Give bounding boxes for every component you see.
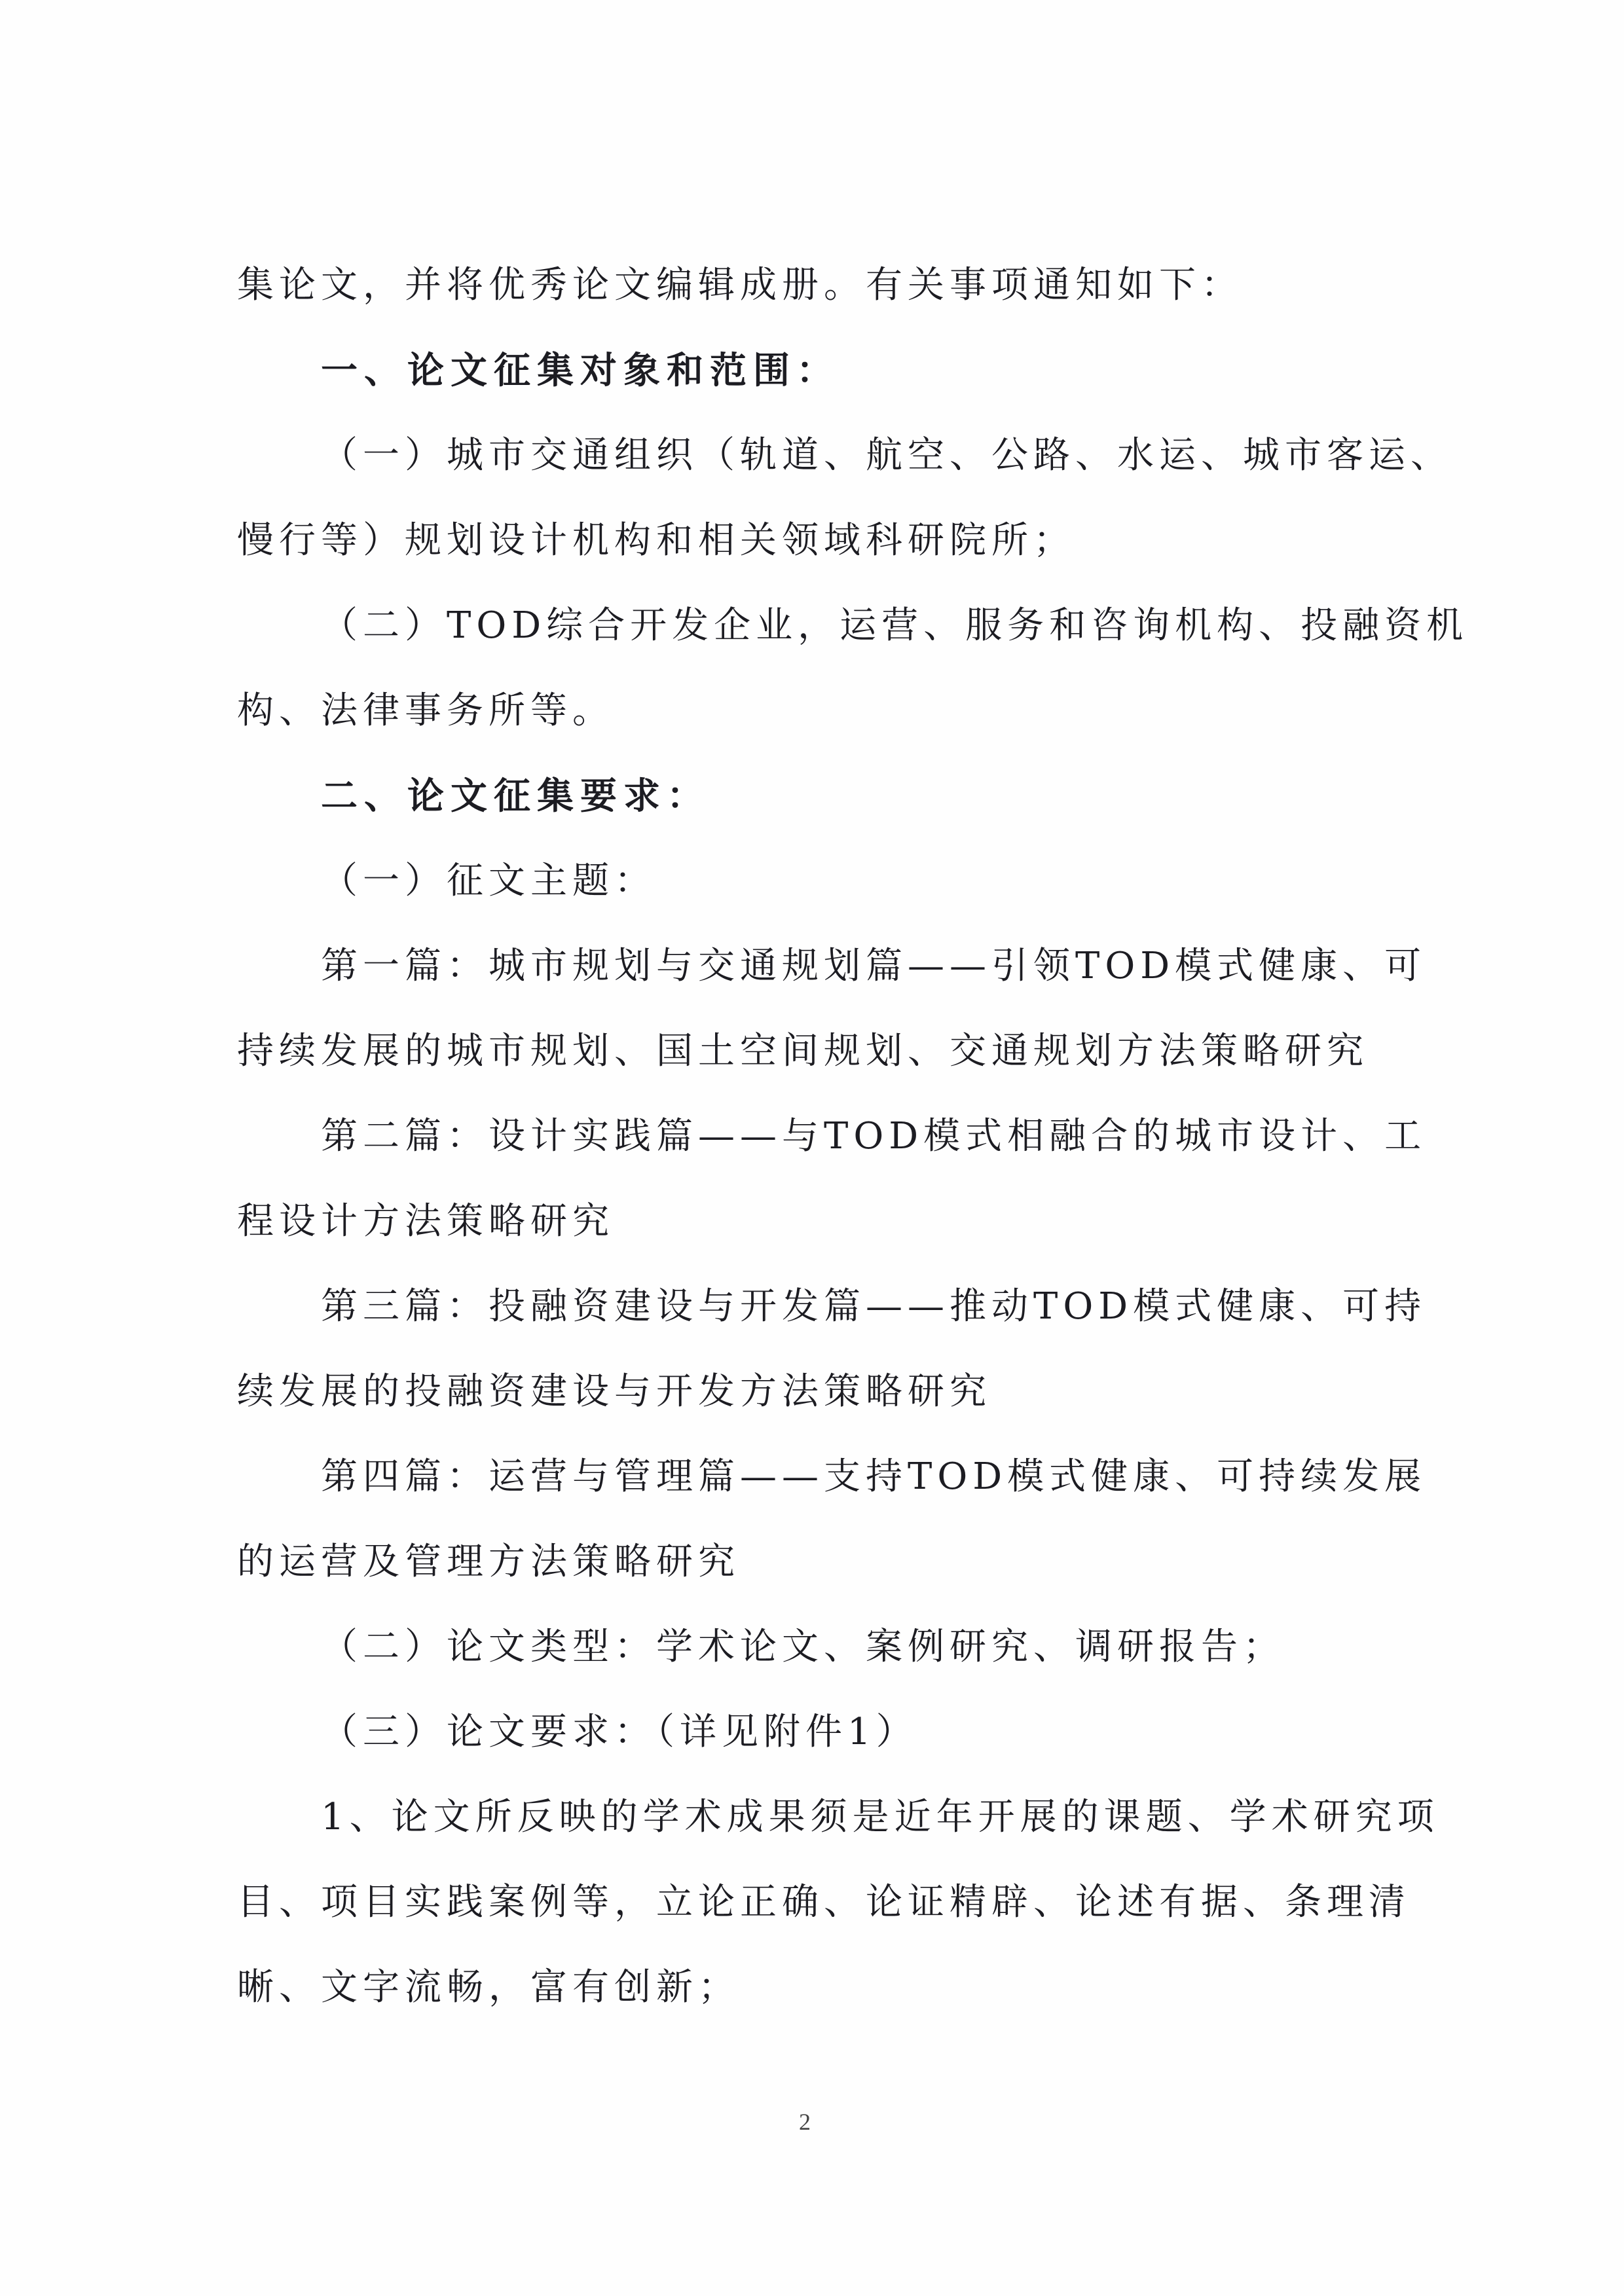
subsection-heading: （一）征文主题： — [321, 858, 1500, 905]
topic-line-1: 第一篇：城市规划与交通规划篇——引领TOD模式健康、可 — [321, 943, 1500, 990]
topic-line-1-cont: 持续发展的城市规划、国土空间规划、交通规划方法策略研究 — [237, 1028, 1416, 1075]
document-page: 集论文，并将优秀论文编辑成册。有关事项通知如下： 一、论文征集对象和范围： （一… — [0, 0, 1624, 2296]
section-heading-2: 二、论文征集要求： — [321, 773, 1500, 820]
paragraph-line: 构、法律事务所等。 — [237, 687, 1416, 735]
topic-line-4: 第四篇：运营与管理篇——支持TOD模式健康、可持续发展 — [321, 1453, 1500, 1501]
page-number: 2 — [799, 2108, 811, 2136]
paragraph-line: （一）城市交通组织（轨道、航空、公路、水运、城市客运、 — [321, 432, 1500, 479]
requirement-item-1: 1、论文所反映的学术成果须是近年开展的课题、学术研究项 — [321, 1794, 1500, 1841]
topic-line-2: 第二篇：设计实践篇——与TOD模式相融合的城市设计、工 — [321, 1113, 1500, 1160]
paragraph-line: （二）TOD综合开发企业，运营、服务和咨询机构、投融资机 — [321, 602, 1500, 649]
paragraph-line: 集论文，并将优秀论文编辑成册。有关事项通知如下： — [237, 262, 1416, 309]
topic-line-2-cont: 程设计方法策略研究 — [237, 1198, 1416, 1245]
topic-line-3: 第三篇：投融资建设与开发篇——推动TOD模式健康、可持 — [321, 1283, 1500, 1330]
paragraph-line: 慢行等）规划设计机构和相关领域科研院所； — [237, 517, 1416, 564]
paper-type-line: （二）论文类型：学术论文、案例研究、调研报告； — [321, 1624, 1500, 1671]
topic-line-4-cont: 的运营及管理方法策略研究 — [237, 1539, 1416, 1586]
paper-requirements-line: （三）论文要求：（详见附件1） — [321, 1709, 1500, 1756]
requirement-item-1-cont: 目、项目实践案例等，立论正确、论证精辟、论述有据、条理清 — [237, 1879, 1416, 1926]
section-heading-1: 一、论文征集对象和范围： — [321, 347, 1500, 394]
topic-line-3-cont: 续发展的投融资建设与开发方法策略研究 — [237, 1368, 1416, 1415]
requirement-item-1-cont: 晰、文字流畅，富有创新； — [237, 1964, 1416, 2011]
